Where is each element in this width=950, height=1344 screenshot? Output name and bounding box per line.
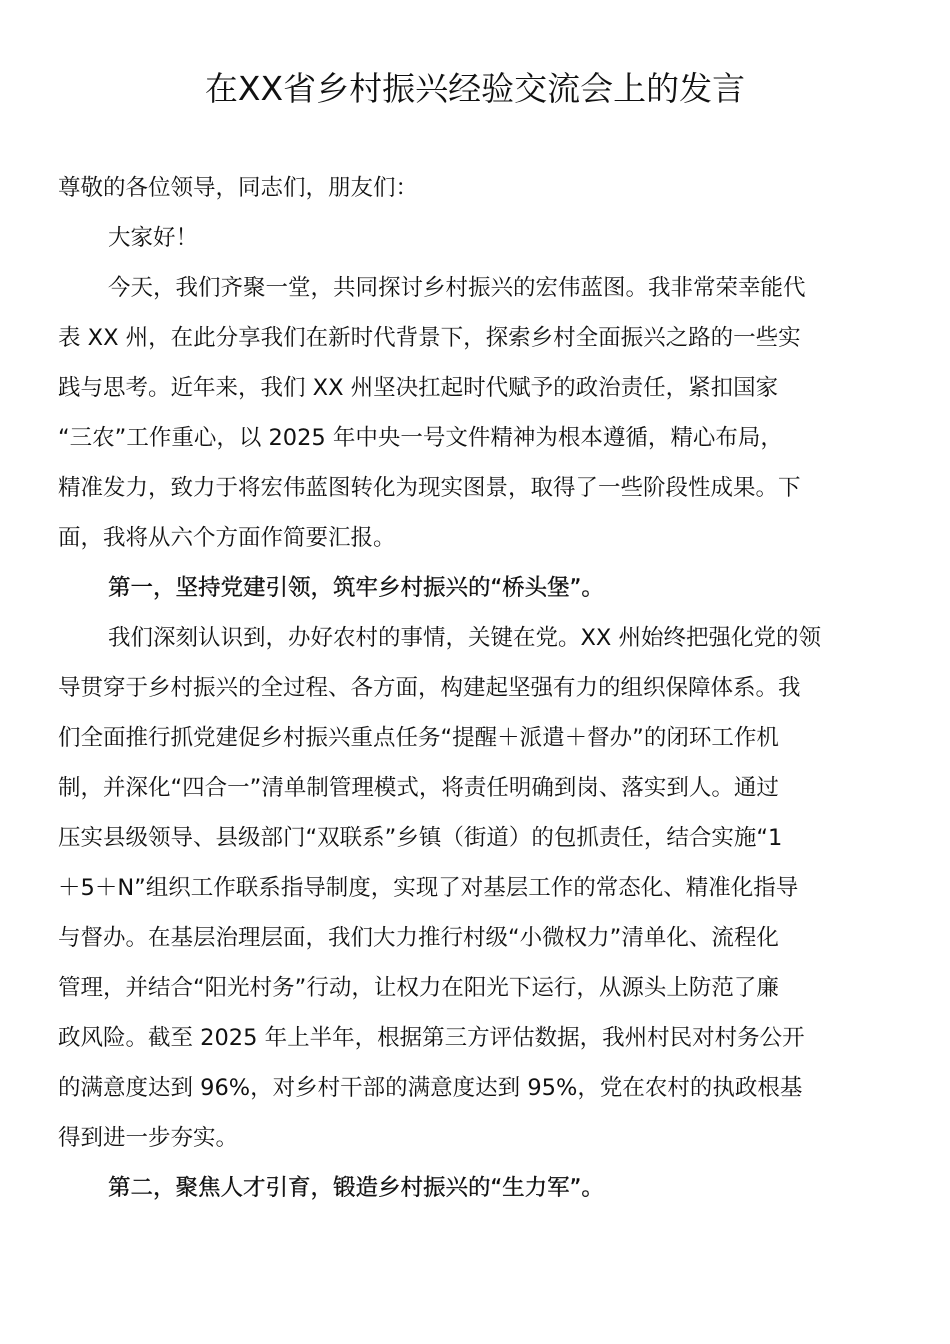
line: 面，我将从六个方面作简要汇报。 [58,513,898,563]
line: 表 XX 州，在此分享我们在新时代背景下，探索乡村全面振兴之路的一些实 [58,313,898,363]
document-title: 在XX省乡村振兴经验交流会上的发言 [0,64,950,114]
line: 制，并深化“四合一”清单制管理模式，将责任明确到岗、落实到人。通过 [58,763,898,813]
line: 得到进一步夯实。 [58,1113,898,1163]
line: 导贯穿于乡村振兴的全过程、各方面，构建起坚强有力的组织保障体系。我 [58,663,898,713]
line: 精准发力，致力于将宏伟蓝图转化为现实图景，取得了一些阶段性成果。下 [58,463,898,513]
line: “三农”工作重心，以 2025 年中央一号文件精神为根本遵循，精心布局， [58,413,898,463]
section-heading-2: 第二，聚焦人才引育，锻造乡村振兴的“生力军”。 [58,1163,898,1213]
greeting: 大家好！ [58,213,898,263]
line: ＋5＋N”组织工作联系指导制度，实现了对基层工作的常态化、精准化指导 [58,863,898,913]
line: 今天，我们齐聚一堂，共同探讨乡村振兴的宏伟蓝图。我非常荣幸能代 [58,263,898,313]
line: 政风险。截至 2025 年上半年，根据第三方评估数据，我州村民对村务公开 [58,1013,898,1063]
line: 与督办。在基层治理层面，我们大力推行村级“小微权力”清单化、流程化 [58,913,898,963]
line: 践与思考。近年来，我们 XX 州坚决扛起时代赋予的政治责任，紧扣国家 [58,363,898,413]
document-body: 尊敬的各位领导，同志们，朋友们： 大家好！ 今天，我们齐聚一堂，共同探讨乡村振兴… [58,163,898,1213]
section-heading-1: 第一，坚持党建引领，筑牢乡村振兴的“桥头堡”。 [58,563,898,613]
line: 压实县级领导、县级部门“双联系”乡镇（街道）的包抓责任，结合实施“1 [58,813,898,863]
salutation: 尊敬的各位领导，同志们，朋友们： [58,163,898,213]
line: 我们深刻认识到，办好农村的事情，关键在党。XX 州始终把强化党的领 [58,613,898,663]
line: 们全面推行抓党建促乡村振兴重点任务“提醒＋派遣＋督办”的闭环工作机 [58,713,898,763]
line: 管理，并结合“阳光村务”行动，让权力在阳光下运行，从源头上防范了廉 [58,963,898,1013]
document-page: 在XX省乡村振兴经验交流会上的发言 尊敬的各位领导，同志们，朋友们： 大家好！ … [0,0,950,1344]
line: 的满意度达到 96%，对乡村干部的满意度达到 95%，党在农村的执政根基 [58,1063,898,1113]
